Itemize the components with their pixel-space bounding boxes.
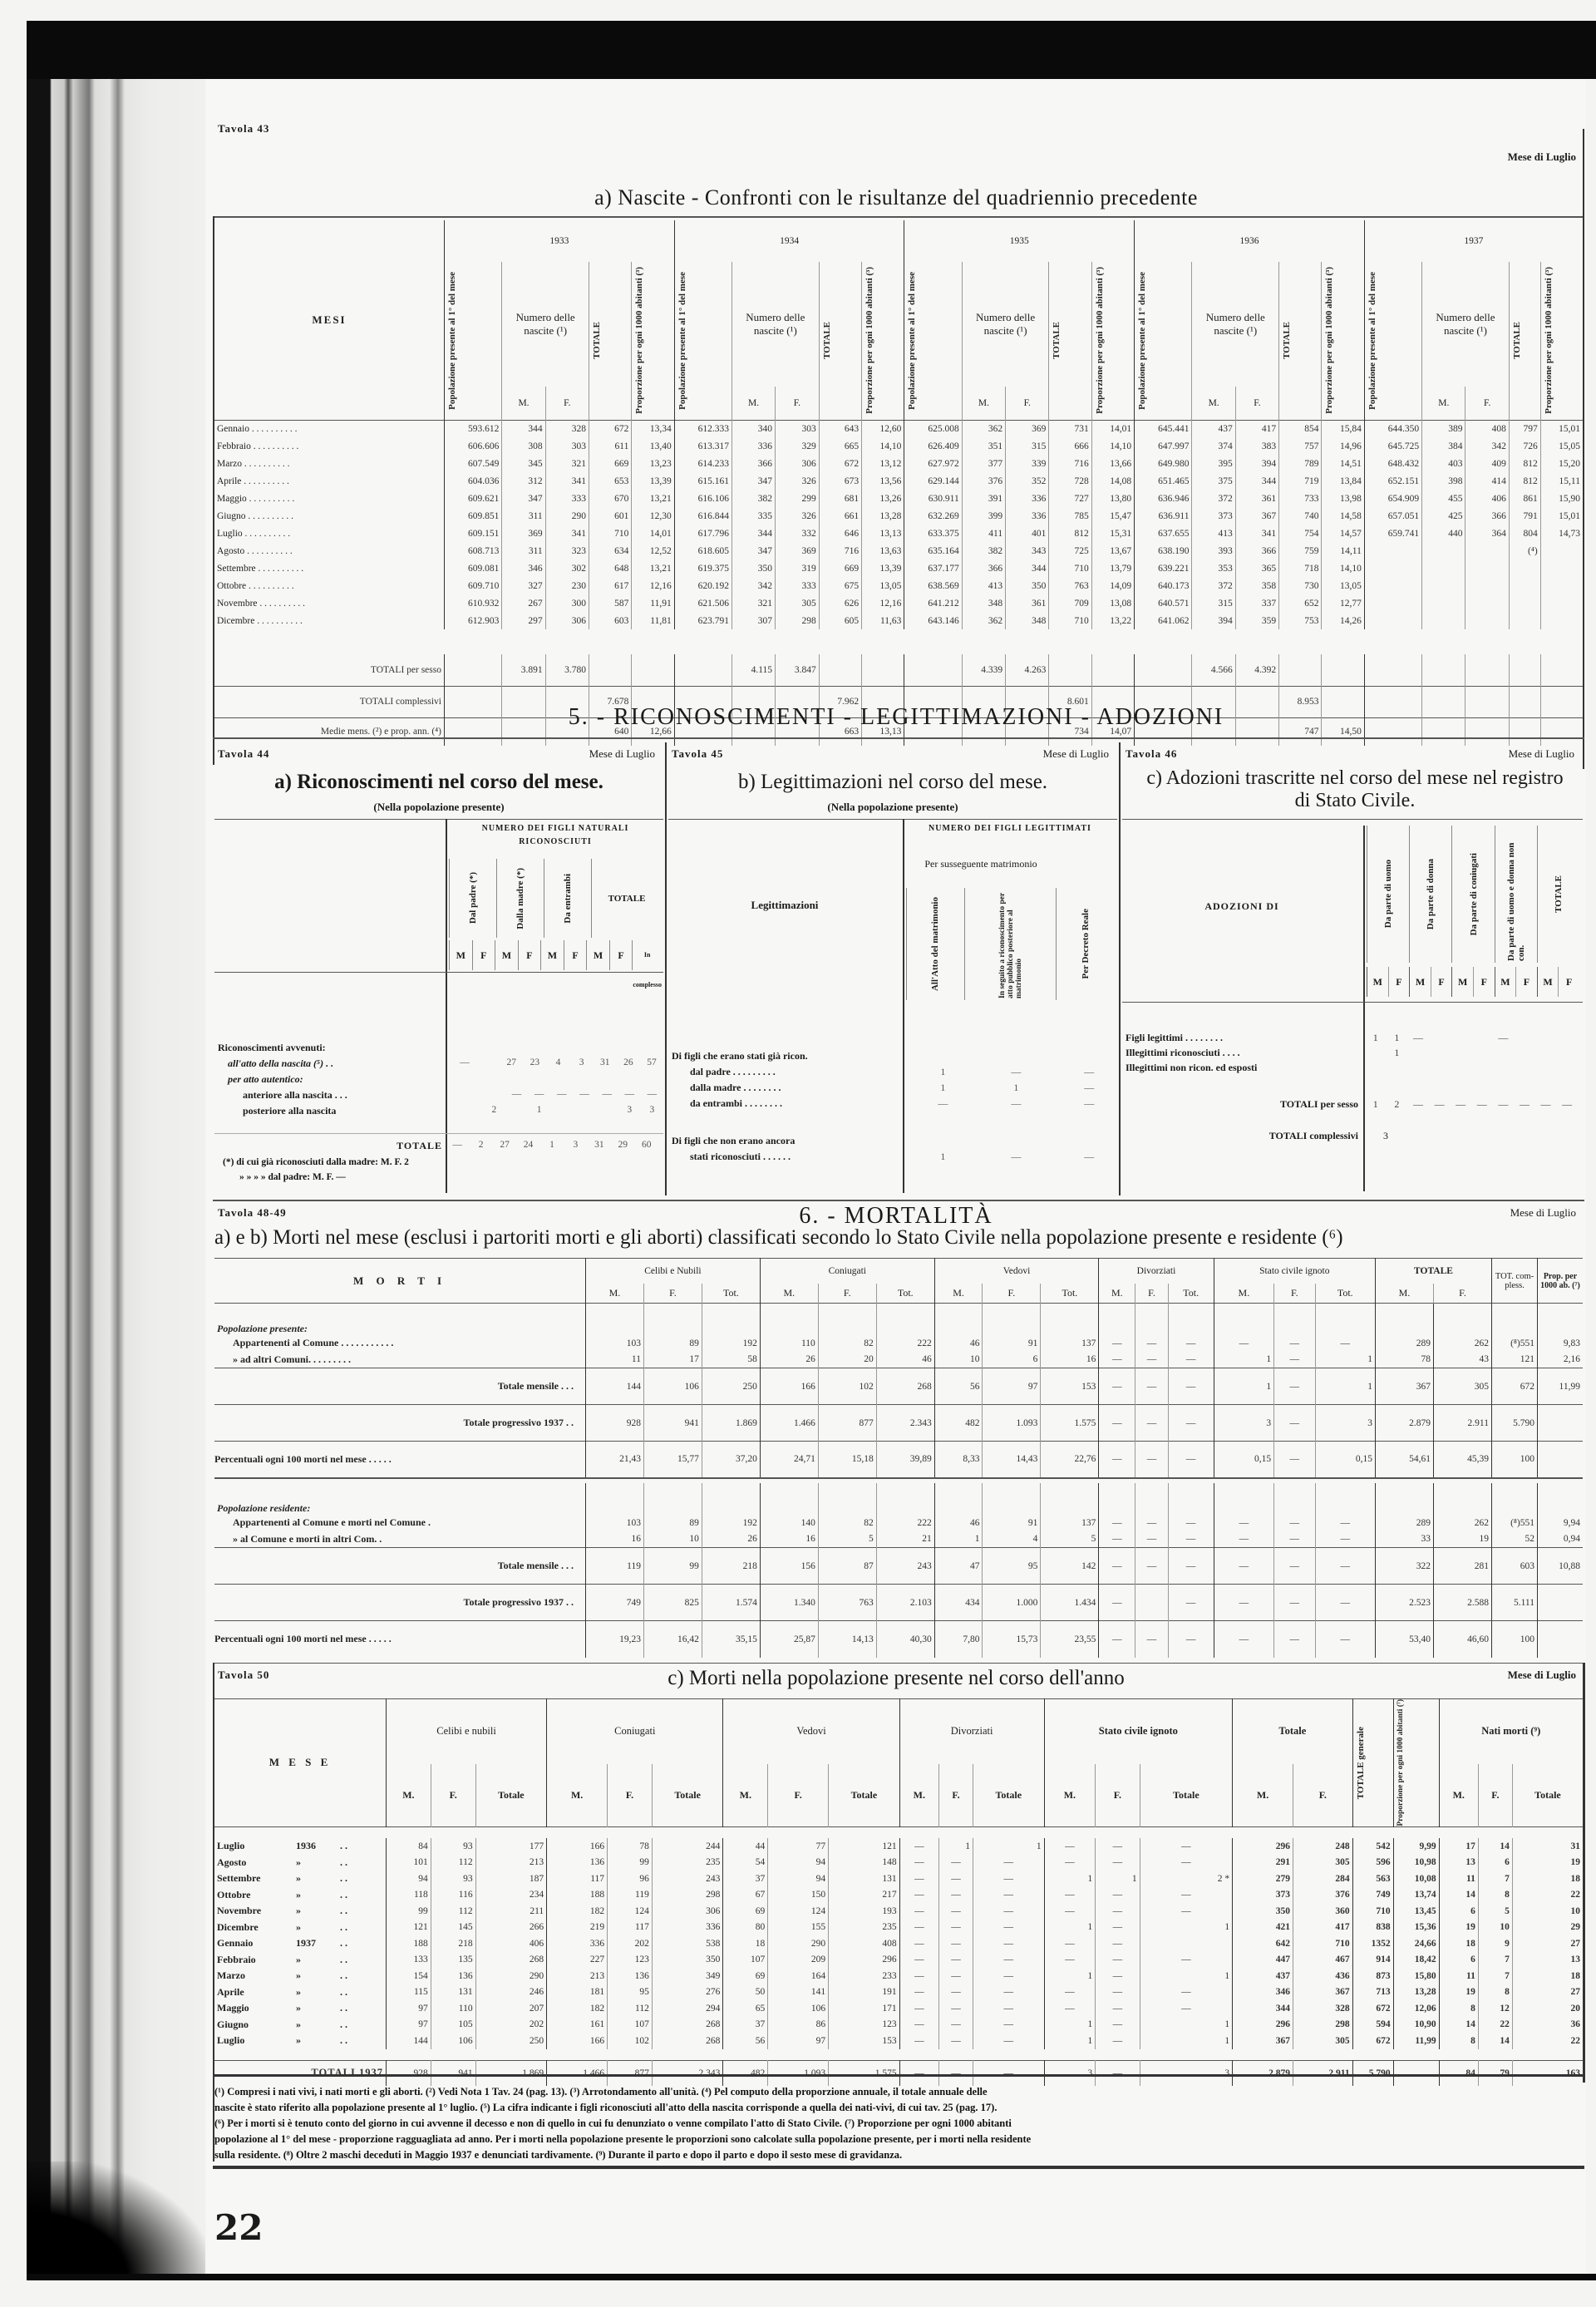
cell: 21,43 xyxy=(586,1442,644,1478)
row-month: Settembre . . . . . . . . . . xyxy=(214,559,445,577)
cell: — xyxy=(1214,1515,1273,1531)
cell: 665 xyxy=(819,437,861,455)
legitimations-panel: Tavola 45 Mese di Luglio b) Legittimazio… xyxy=(668,742,1117,1195)
cell: 11 xyxy=(586,1352,644,1368)
footnote: (*) di cui già riconosciuti dalla madre:… xyxy=(223,1155,409,1171)
cell: 350 xyxy=(732,559,776,577)
cell: — xyxy=(1214,1585,1273,1621)
month-name: Giugno xyxy=(217,2019,296,2031)
cell: 50 xyxy=(723,1984,768,2001)
cell: 6 xyxy=(1439,1903,1478,1920)
cell: 393 xyxy=(1192,542,1235,559)
cell: 347 xyxy=(732,472,776,490)
month-name: Agosto xyxy=(217,1856,296,1869)
cell: 409 xyxy=(1465,455,1509,472)
cell: 14 xyxy=(1439,2017,1478,2033)
col-sub: F. xyxy=(1274,1284,1315,1304)
cell xyxy=(1279,654,1322,686)
cell: 3 xyxy=(1044,2061,1096,2086)
cell: 188 xyxy=(547,1887,608,1904)
cell: 10,90 xyxy=(1393,2017,1439,2033)
cell: 7 xyxy=(1478,1968,1512,1984)
cell: 268 xyxy=(652,2033,723,2049)
cell: 99 xyxy=(387,1903,431,1920)
col-mf: M xyxy=(540,940,564,970)
cell: — xyxy=(1407,1032,1429,1047)
table-row: Gennaio1937 . .1882184063362025381829040… xyxy=(214,1935,1583,1952)
col-proporzione: Proporzione per ogni 1000 abitanti (³) xyxy=(1091,262,1134,420)
cell: — xyxy=(1168,1442,1214,1478)
col-sub: M. xyxy=(1233,1764,1293,1826)
cell: 3 xyxy=(1140,2061,1233,2086)
cell: 33 xyxy=(1375,1531,1433,1548)
cell: 642 xyxy=(1233,1935,1293,1952)
cell: 587 xyxy=(589,594,631,612)
cell: — xyxy=(1274,1368,1315,1405)
cell: 654.909 xyxy=(1364,490,1421,507)
col-mf: F xyxy=(1473,967,1495,997)
cell: — xyxy=(1315,1621,1375,1658)
cell: 234 xyxy=(475,1887,547,1904)
cell: 202 xyxy=(608,1935,653,1952)
cell: — xyxy=(938,1887,973,1904)
table-row: Ottobre . . . . . . . . . .609.710327230… xyxy=(214,577,1583,594)
row-label: Di figli che erano stati già ricon. xyxy=(672,1050,903,1066)
cell: 218 xyxy=(431,1935,475,1952)
cell: — xyxy=(1096,1838,1140,1855)
cell: 27 xyxy=(1512,1935,1583,1952)
col-popolazione: Popolazione presente al 1° del mese xyxy=(445,262,502,420)
table-row: Luglio» . .1441062501661022685697153———1… xyxy=(214,2033,1583,2049)
cell: 621.506 xyxy=(674,594,731,612)
cell: — xyxy=(899,2033,938,2049)
cell: 341 xyxy=(1235,525,1278,542)
cell: 20 xyxy=(1512,2000,1583,2017)
cell xyxy=(586,1304,644,1335)
cell: — xyxy=(1214,1548,1273,1585)
cell: — xyxy=(938,1855,973,1871)
col-sub: Totale xyxy=(475,1764,547,1826)
cell: 112 xyxy=(608,2000,653,2017)
cell: 35,15 xyxy=(702,1621,760,1658)
col-sub: Totale xyxy=(652,1764,723,1826)
cell: 10,98 xyxy=(1393,1855,1439,1871)
cell: 4.339 xyxy=(962,654,1005,686)
cell: 24,66 xyxy=(1393,1935,1439,1952)
row-month: Gennaio1937 . . xyxy=(214,1935,387,1952)
cell: — xyxy=(899,1952,938,1969)
cell: 749 xyxy=(1352,1887,1393,1904)
cell: — xyxy=(1274,1442,1315,1478)
cell: 289 xyxy=(1375,1335,1433,1352)
cell: 336 xyxy=(1006,490,1049,507)
row-month: Agosto» . . xyxy=(214,1855,387,1871)
cell: 19 xyxy=(1433,1531,1491,1548)
cell: 14,58 xyxy=(1322,507,1364,525)
cell: 614.233 xyxy=(674,455,731,472)
cell xyxy=(1135,654,1192,686)
col-sub: M. xyxy=(1099,1284,1135,1304)
cell: — xyxy=(899,1984,938,2001)
row-label: da entrambi . . . . . . . . xyxy=(672,1097,915,1113)
cell: — xyxy=(1493,1032,1515,1047)
cell xyxy=(1433,1483,1491,1515)
section-heading-row: Popolazione presente: xyxy=(214,1304,1583,1335)
cell: — xyxy=(938,1871,973,1887)
cell: 873 xyxy=(1352,1968,1393,1984)
cell: — xyxy=(973,1952,1045,1969)
section-heading-row: Popolazione residente: xyxy=(214,1483,1583,1515)
cell: 16 xyxy=(1041,1352,1099,1368)
cell: 350 xyxy=(1006,577,1049,594)
cell: 718 xyxy=(1279,559,1322,577)
cell: 133 xyxy=(387,1952,431,1969)
cell: 941 xyxy=(643,1405,702,1442)
book-spine xyxy=(27,79,205,2274)
col-sub: Totale xyxy=(1140,1764,1233,1826)
cell xyxy=(1393,2061,1439,2086)
col-mf: F xyxy=(609,940,633,970)
cell: 4.392 xyxy=(1235,654,1278,686)
cell xyxy=(1450,1062,1471,1077)
cell xyxy=(1422,594,1465,612)
cell: 312 xyxy=(502,472,545,490)
cell: — xyxy=(1061,1097,1117,1113)
cell: — xyxy=(1044,1984,1096,2001)
cell: 268 xyxy=(652,2017,723,2033)
cell xyxy=(1450,1047,1471,1062)
cell: — xyxy=(938,2017,973,2033)
cell: — xyxy=(505,1089,528,1105)
cell: 12,60 xyxy=(862,420,904,437)
row-label: Totale mensile . . . xyxy=(214,1368,586,1405)
cell: 437 xyxy=(1233,1968,1293,1984)
cell: 5 xyxy=(1478,1903,1512,1920)
cell xyxy=(1540,612,1583,629)
col-popolazione: Popolazione presente al 1° del mese xyxy=(1364,262,1421,420)
cell xyxy=(1493,1047,1515,1062)
cell: 13,84 xyxy=(1322,472,1364,490)
cell: 8 xyxy=(1439,2000,1478,2017)
cell: 2.879 xyxy=(1375,1405,1433,1442)
table-row: Novembre . . . . . . . . . .610.93226730… xyxy=(214,594,1583,612)
row-month: Giugno . . . . . . . . . . xyxy=(214,507,445,525)
cell: 14 xyxy=(1478,2033,1512,2049)
table-row: Aprile» . .1151312461819527650141191————… xyxy=(214,1984,1583,2001)
cell xyxy=(476,1073,500,1089)
cell: — xyxy=(1135,1352,1168,1368)
cell: 9,99 xyxy=(1393,1838,1439,1855)
cell: 333 xyxy=(545,490,589,507)
cell xyxy=(617,1073,640,1089)
cell: 2 xyxy=(1387,1098,1408,1111)
group-header: Totale xyxy=(1233,1699,1352,1764)
cell xyxy=(960,1135,1052,1151)
cell: 117 xyxy=(608,1920,653,1936)
cell: 669 xyxy=(819,559,861,577)
cell: 218 xyxy=(702,1548,760,1585)
cell: 154 xyxy=(387,1968,431,1984)
cell: — xyxy=(973,1984,1045,2001)
cell: 13,63 xyxy=(862,542,904,559)
cell: — xyxy=(1168,1621,1214,1658)
cell: — xyxy=(1096,1920,1140,1936)
col-sub: F. xyxy=(768,1764,829,1826)
cell: 373 xyxy=(1192,507,1235,525)
cell: 861 xyxy=(1509,490,1540,507)
cell: 153 xyxy=(1041,1368,1099,1405)
cell: 110 xyxy=(760,1335,818,1352)
cell xyxy=(540,1042,564,1057)
cell: 681 xyxy=(819,490,861,507)
cell: 307 xyxy=(732,612,776,629)
cell: 281 xyxy=(1433,1548,1491,1585)
cell: 335 xyxy=(732,507,776,525)
cell: 373 xyxy=(1233,1887,1293,1904)
cell xyxy=(1364,654,1421,686)
mortality-table: M O R T I Celibi e Nubili Coniugati Vedo… xyxy=(214,1258,1583,1658)
cell: 7 xyxy=(1478,1952,1512,1969)
annual-deaths-table: M E S E Celibi e nubili Coniugati Vedovi… xyxy=(214,1698,1583,2086)
cell xyxy=(934,1304,983,1335)
cell: 78 xyxy=(1375,1352,1433,1368)
cell: — xyxy=(971,1097,1061,1113)
cell: 638.569 xyxy=(904,577,962,594)
cell xyxy=(1538,1442,1584,1478)
col-header-label: Dalla madre (*) xyxy=(515,868,525,929)
cell: 15,20 xyxy=(1540,455,1583,472)
col-sub: M. xyxy=(1044,1764,1096,1826)
cell: 646 xyxy=(819,525,861,542)
col-header: TOTALE xyxy=(1537,826,1579,963)
table-subtitle: (Nella popolazione presente) xyxy=(668,801,1117,814)
month-name: Luglio xyxy=(217,1840,296,1852)
table-row: Novembre» . .9911221118212430669124193——… xyxy=(214,1903,1583,1920)
cell: 344 xyxy=(732,525,776,542)
cell: 10 xyxy=(1478,1920,1512,1936)
col-proporzione: Proporzione per ogni 1000 abitanti (⁷) xyxy=(1396,1699,1405,1826)
cell xyxy=(702,1483,760,1515)
cell: 344 xyxy=(1233,2000,1293,2017)
dots: . . xyxy=(337,1889,347,1900)
document-page: Tavola 43 Mese di Luglio a) Nascite - Co… xyxy=(206,79,1586,2274)
cell: 294 xyxy=(652,2000,723,2017)
total-label: TOTALE xyxy=(218,1140,446,1152)
col-popolazione-label: Popolazione presente al 1° del mese xyxy=(1367,272,1377,410)
row-label: dalla madre . . . . . . . . xyxy=(672,1082,915,1097)
col-proporzione: Proporzione per ogni 1000 abitanti (³) xyxy=(632,262,674,420)
cell: — xyxy=(1099,1442,1135,1478)
cell: 651.465 xyxy=(1135,472,1192,490)
table-row: Marzo . . . . . . . . . .607.54934532166… xyxy=(214,455,1583,472)
cell: 13,39 xyxy=(632,472,674,490)
cell: 91 xyxy=(983,1335,1041,1352)
cell: 11,99 xyxy=(1538,1368,1584,1405)
cell: 305 xyxy=(1433,1368,1491,1405)
cell: 641.212 xyxy=(904,594,962,612)
cell xyxy=(1422,559,1465,577)
cell: — xyxy=(1099,1352,1135,1368)
col-totale: TOTALE xyxy=(1509,262,1540,420)
row-label: Totale progressivo 1937 . . xyxy=(214,1585,586,1621)
cell: 18 xyxy=(1439,1935,1478,1952)
cell: 290 xyxy=(475,1968,547,1984)
footnote-line: (⁶) Per i morti si è tenuto conto del gi… xyxy=(214,2116,1578,2132)
cell: 367 xyxy=(1293,1984,1353,2001)
cell: 13,40 xyxy=(632,437,674,455)
cell xyxy=(1041,1483,1099,1515)
row-label: Illegittimi non ricon. ed esposti xyxy=(1126,1062,1365,1077)
cell xyxy=(1365,1047,1387,1062)
col-proporzione-label: Proporzione per ogni 1000 abitanti (³) xyxy=(634,267,644,414)
table-row: dal padre . . . . . . . . .1—— xyxy=(672,1066,1117,1082)
col-tot-complessivo: TOT. com-pless. xyxy=(1492,1259,1538,1304)
cell: 643 xyxy=(819,420,861,437)
cell: 102 xyxy=(818,1368,876,1405)
cell xyxy=(1433,1304,1491,1335)
year: » xyxy=(296,1872,337,1885)
cell: 36 xyxy=(1512,2017,1583,2033)
row-month: Giugno» . . xyxy=(214,2017,387,2033)
cell: 763 xyxy=(818,1585,876,1621)
cell: 14,26 xyxy=(1322,612,1364,629)
col-mf: F xyxy=(564,940,587,970)
cell: 86 xyxy=(768,2017,829,2033)
cell xyxy=(1274,1483,1315,1515)
cell: — xyxy=(1140,1887,1233,1904)
cell: 13,34 xyxy=(632,420,674,437)
cell: 730 xyxy=(1279,577,1322,594)
cell: 84 xyxy=(1439,2061,1478,2086)
cell: 1 xyxy=(915,1151,972,1166)
col-header-label: TOTALE xyxy=(608,894,646,904)
year-header: 1935 xyxy=(904,220,1135,262)
cell: 95 xyxy=(983,1548,1041,1585)
cell: 1.869 xyxy=(475,2061,547,2086)
row-label: Figli legittimi . . . . . . . . xyxy=(1126,1032,1365,1047)
group-header: Coniugati xyxy=(547,1699,723,1764)
cell: 14,09 xyxy=(1091,577,1134,594)
row-label: stati riconosciuti . . . . . . xyxy=(672,1151,915,1166)
cell: 144 xyxy=(387,2033,431,2049)
cell: 243 xyxy=(652,1871,723,1887)
cell: — xyxy=(1099,1548,1135,1585)
row-label: Totale progressivo 1937 . . xyxy=(214,1405,586,1442)
cell: 19 xyxy=(1512,1855,1583,1871)
cell xyxy=(1465,559,1509,577)
cell: 11,63 xyxy=(862,612,904,629)
cell: 616.106 xyxy=(674,490,731,507)
col-numero-nascite: Numero delle nascite (¹) xyxy=(1192,262,1279,387)
col-totale: TOTALE xyxy=(1049,262,1091,420)
cell: 6 xyxy=(983,1352,1041,1368)
footnote: » » » » dal padre: M. F. — xyxy=(239,1170,346,1186)
cell: 609.081 xyxy=(445,559,502,577)
row-label: Percentuali ogni 100 morti nel mese . . … xyxy=(214,1442,586,1478)
cell: 268 xyxy=(475,1952,547,1969)
cell: 14,13 xyxy=(818,1621,876,1658)
cell: 629.144 xyxy=(904,472,962,490)
cell: 106 xyxy=(768,2000,829,2017)
recognitions-panel: Tavola 44 Mese di Luglio a) Riconoscimen… xyxy=(214,742,663,1195)
footnote-line: popolazione al 1° del mese - proporzione… xyxy=(214,2132,1578,2147)
row-month: Ottobre . . . . . . . . . . xyxy=(214,577,445,594)
cell: 13,26 xyxy=(862,490,904,507)
year: » xyxy=(296,1921,337,1934)
cell: 854 xyxy=(1279,420,1322,437)
cell: 1 xyxy=(1140,2033,1233,2049)
cell: 14,10 xyxy=(862,437,904,455)
cell: 54 xyxy=(723,1855,768,1871)
cell: 336 xyxy=(1006,507,1049,525)
cell: 319 xyxy=(776,559,820,577)
cell: 804 xyxy=(1509,525,1540,542)
col-sub: M. xyxy=(899,1764,938,1826)
cell xyxy=(818,1483,876,1515)
cell: 636.946 xyxy=(1135,490,1192,507)
col-proporzione-label: Proporzione per ogni 1000 abitanti (³) xyxy=(1324,267,1334,414)
cell: 1 xyxy=(915,1082,972,1097)
cell: 563 xyxy=(1352,1871,1393,1887)
cell: 26 xyxy=(617,1057,640,1073)
cell: 727 xyxy=(1049,490,1091,507)
cell: 417 xyxy=(1235,420,1278,437)
cell xyxy=(1041,1304,1099,1335)
births-comparison-table: MESI 1933 1934 1935 1936 1937 Popolazion… xyxy=(214,220,1583,746)
table-title: c) Adozioni trascritte nel corso del mes… xyxy=(1139,767,1571,812)
cell: 8 xyxy=(1478,1887,1512,1904)
row-values: 1—— xyxy=(915,1066,1117,1082)
cell: 13,12 xyxy=(862,455,904,472)
cell: 359 xyxy=(1235,612,1278,629)
dots: . . xyxy=(337,1921,347,1933)
cell: 116 xyxy=(431,1887,475,1904)
cell: 39,89 xyxy=(876,1442,934,1478)
cell: 15,77 xyxy=(643,1442,702,1478)
cell: 45,39 xyxy=(1433,1442,1491,1478)
cell: 617.796 xyxy=(674,525,731,542)
cell: 630.911 xyxy=(904,490,962,507)
cell xyxy=(476,1057,500,1073)
col-label: ADOZIONI DI xyxy=(1122,900,1362,913)
cell xyxy=(1364,559,1421,577)
cell: 941 xyxy=(431,2061,475,2086)
cell: 140 xyxy=(760,1515,818,1531)
cell: 17 xyxy=(1439,1838,1478,1855)
col-numero-nascite: Numero delle nascite (¹) xyxy=(962,262,1049,387)
cell: 618.605 xyxy=(674,542,731,559)
cell: 2.103 xyxy=(876,1585,934,1621)
month-name: Febbraio xyxy=(217,1954,296,1966)
cell: 2 * xyxy=(1140,1871,1233,1887)
col-sub: F. xyxy=(431,1764,475,1826)
cell: 366 xyxy=(1235,542,1278,559)
col-sub: M. xyxy=(586,1284,644,1304)
row-month: Agosto . . . . . . . . . . xyxy=(214,542,445,559)
cell xyxy=(1099,1483,1135,1515)
cell: — xyxy=(899,1903,938,1920)
table-row: Di figli che non erano ancora xyxy=(672,1135,1117,1151)
cell: 0,94 xyxy=(1538,1531,1584,1548)
cell: 347 xyxy=(732,542,776,559)
births-table: MESI 1933 1934 1935 1936 1937 Popolazion… xyxy=(214,220,1583,746)
cell: 414 xyxy=(1465,472,1509,490)
cell: 376 xyxy=(962,472,1005,490)
cell: 2.911 xyxy=(1433,1405,1491,1442)
cell: 733 xyxy=(1279,490,1322,507)
col-header-label: TOTALE xyxy=(1554,875,1564,913)
total-by-sex-row: TOTALI per sesso3.8913.7804.1153.8474.33… xyxy=(214,654,1583,686)
